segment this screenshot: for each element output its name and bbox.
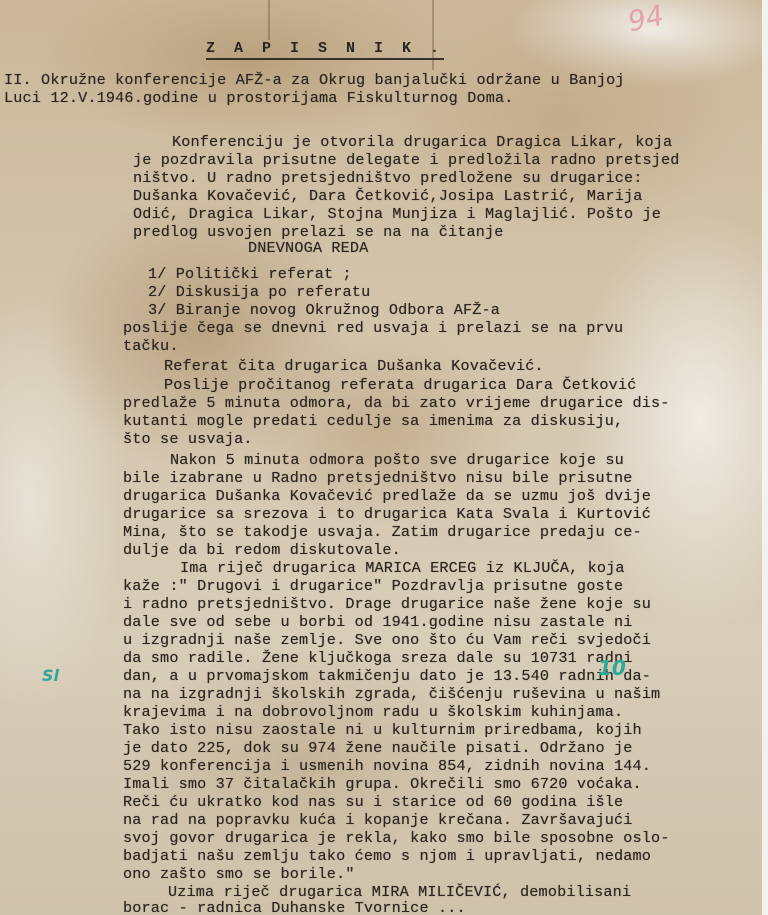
text-line: je dato 225, dok su 974 žene naučile pis… [123,739,633,757]
text-line: Ima riječ drugarica MARICA ERCEG iz KLJU… [180,559,625,577]
text-line: Nakon 5 minuta odmora pošto sve drugaric… [170,451,624,469]
margin-annotation: Sl [42,666,59,685]
page-edge [762,0,768,915]
text-line: 1/ Politički referat ; [148,265,352,283]
text-line: u izgradnji naše zemlje. Sve ono što ću … [123,631,651,649]
text-line: na rad na popravku kuća i kopanje krečan… [123,811,633,829]
text-line: 3/ Biranje novog Okružnog Odbora AFŽ-a [148,301,500,319]
text-line: II. Okružne konferencije AFŽ-a za Okrug … [4,71,625,89]
text-line: ništvo. U radno pretsjedništvo predložen… [133,169,643,187]
text-line: Referat čita drugarica Dušanka Kovačević… [164,357,544,375]
text-line: predlaže 5 minuta odmora, da bi zato vri… [123,394,670,412]
text-line: Reči ću ukratko kod nas su i starice od … [123,793,623,811]
text-line: Tako isto nisu zaostale ni u kulturnim p… [123,721,642,739]
text-line: na na izgradnji školskih zgrada, čišćenj… [123,685,660,703]
text-line: Dušanka Kovačević, Dara Četković,Josipa … [133,187,643,205]
text-line: dulje da bi redom diskutovale. [123,541,401,559]
text-line: što se usvaja. [123,430,253,448]
text-line: Imali smo 37 čitalačkih grupa. Okrečili … [123,775,642,793]
text-line: Odić, Dragica Likar, Stojna Munjiza i Ma… [133,205,661,223]
document-title: Z A P I S N I K . [206,40,444,60]
text-line: je pozdravila prisutne delegate i predlo… [133,151,680,169]
text-line: drugarica Dušanka Kovačević predlaže da … [123,487,651,505]
text-line: dan, a u prvomajskom takmičenju dato je … [123,667,651,685]
text-line: ono zašto smo se borile." [123,865,355,883]
ink-correction-mark: 10 [598,656,626,680]
text-line: da smo radile. Žene ključkoga sreza dale… [123,649,633,667]
text-line: borac - radnica Duhanske Tvornice ... [123,899,466,915]
text-line: 2/ Diskusija po referatu [148,283,370,301]
text-line: Poslije pročitanog referata drugarica Da… [164,376,636,394]
text-line: Konferenciju je otvorila drugarica Dragi… [172,133,672,151]
text-line: krajevima i na dobrovoljnom radu u škols… [123,703,623,721]
text-line: 529 konferencija i usmenih novina 854, z… [123,757,651,775]
paper-crease [268,0,270,40]
text-line: DNEVNOGA REDA [248,239,368,257]
text-line: i radno pretsjedništvo. Drage drugarice … [123,595,651,613]
archive-number-mark: 94 [625,0,667,38]
text-line: svoj govor drugarica je rekla, kako smo … [123,829,670,847]
text-line: tačku. [123,337,179,355]
text-line: badjati našu zemlju tako ćemo s njom i u… [123,847,651,865]
text-line: kutanti mogle predati cedulje sa imenima… [123,412,623,430]
text-line: drugarice sa srezova i to drugarica Kata… [123,505,651,523]
text-line: Luci 12.V.1946.godine u prostorijama Fis… [4,89,514,107]
document-page: 94 Z A P I S N I K . II. Okružne konfere… [0,0,768,915]
text-line: kaže :" Drugovi i drugarice" Pozdravlja … [123,577,623,595]
text-line: Mina, što se takodje usvaja. Zatim druga… [123,523,642,541]
text-line: dale sve od sebe u borbi od 1941.godine … [123,613,633,631]
text-line: bile izabrane u Radno pretsjedništvo nis… [123,469,633,487]
text-line: poslije čega se dnevni red usvaja i prel… [123,319,623,337]
